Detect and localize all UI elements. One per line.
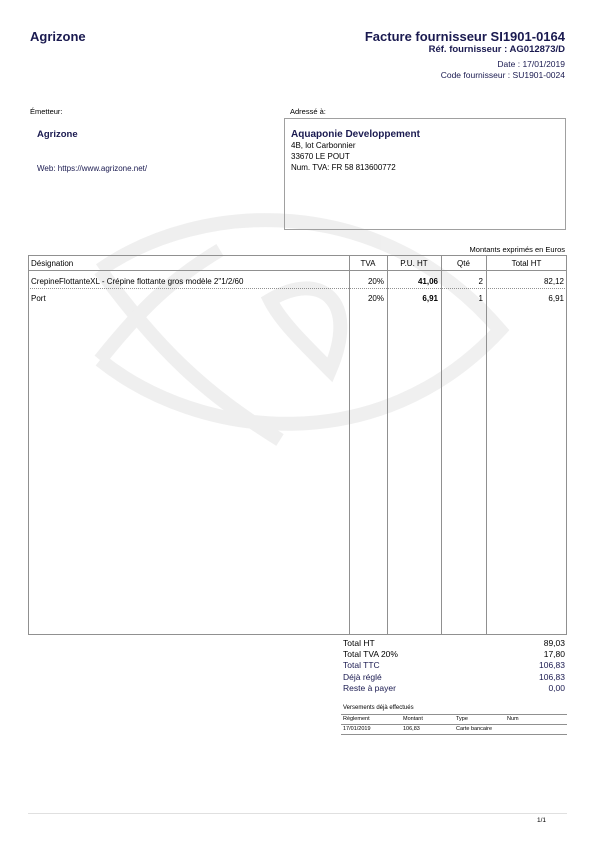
- item-total: 6,91: [486, 294, 564, 303]
- total-ttc-label: Total TTC: [343, 660, 380, 670]
- header-separator: [28, 270, 567, 271]
- payments-title: Versements déjà effectués: [343, 705, 414, 711]
- recipient-label: Adressé à:: [290, 107, 326, 116]
- payments-top-line: [341, 714, 567, 715]
- already-paid-label: Déjà réglé: [343, 672, 382, 682]
- issuer-website: Web: https://www.agrizone.net/: [37, 164, 147, 173]
- total-vat-label: Total TVA 20%: [343, 649, 398, 659]
- recipient-address-line: 4B, lot Carbonnier: [291, 141, 355, 150]
- item-unit-price: 41,06: [387, 277, 438, 286]
- remaining-value: 0,00: [548, 683, 565, 693]
- item-designation: Port: [31, 294, 46, 303]
- page-number: 1/1: [537, 817, 546, 824]
- item-total: 82,12: [486, 277, 564, 286]
- item-unit-price: 6,91: [387, 294, 438, 303]
- supplier-reference: Réf. fournisseur : AG012873/D: [429, 44, 565, 55]
- company-name: Agrizone: [30, 29, 86, 44]
- issuer-name: Agrizone: [37, 129, 78, 140]
- total-ttc-value: 106,83: [539, 660, 565, 670]
- recipient-address-line: 33670 LE POUT: [291, 152, 350, 161]
- issuer-label: Émetteur:: [30, 107, 63, 116]
- remaining-label: Reste à payer: [343, 683, 396, 693]
- item-quantity: 2: [441, 277, 483, 286]
- column-header-quantity: Qté: [441, 259, 486, 268]
- total-vat-value: 17,80: [544, 649, 565, 659]
- column-header-unit-price: P.U. HT: [387, 259, 441, 268]
- item-designation: CrepineFlottanteXL - Crépine flottante g…: [31, 277, 243, 286]
- payment-date: 17/01/2019: [343, 726, 371, 732]
- column-divider: [486, 255, 487, 635]
- invoice-title: Facture fournisseur SI1901-0164: [365, 29, 565, 44]
- item-vat: 20%: [349, 294, 384, 303]
- payments-header-line: [341, 724, 567, 725]
- currency-note: Montants exprimés en Euros: [470, 245, 565, 254]
- row-separator: [28, 288, 567, 289]
- payments-header-date: Règlement: [343, 716, 370, 722]
- total-ht-label: Total HT: [343, 638, 375, 648]
- column-divider: [349, 255, 350, 635]
- payments-bottom-line: [341, 734, 567, 735]
- payments-header-type: Type: [456, 716, 468, 722]
- payment-amount: 106,83: [403, 726, 420, 732]
- recipient-vat-number: Num. TVA: FR 58 813600772: [291, 163, 396, 172]
- column-header-designation: Désignation: [31, 259, 73, 268]
- footer-divider: [28, 813, 567, 814]
- item-quantity: 1: [441, 294, 483, 303]
- item-vat: 20%: [349, 277, 384, 286]
- column-header-vat: TVA: [349, 259, 387, 268]
- column-header-total: Total HT: [486, 259, 567, 268]
- invoice-date: Date : 17/01/2019: [497, 59, 565, 69]
- column-divider: [387, 255, 388, 635]
- total-ht-value: 89,03: [544, 638, 565, 648]
- column-divider: [441, 255, 442, 635]
- payments-header-num: Num: [507, 716, 519, 722]
- recipient-name: Aquaponie Developpement: [291, 129, 420, 140]
- supplier-code: Code fournisseur : SU1901-0024: [441, 70, 565, 80]
- payments-header-amount: Montant: [403, 716, 423, 722]
- payment-type: Carte bancaire: [456, 726, 492, 732]
- already-paid-value: 106,83: [539, 672, 565, 682]
